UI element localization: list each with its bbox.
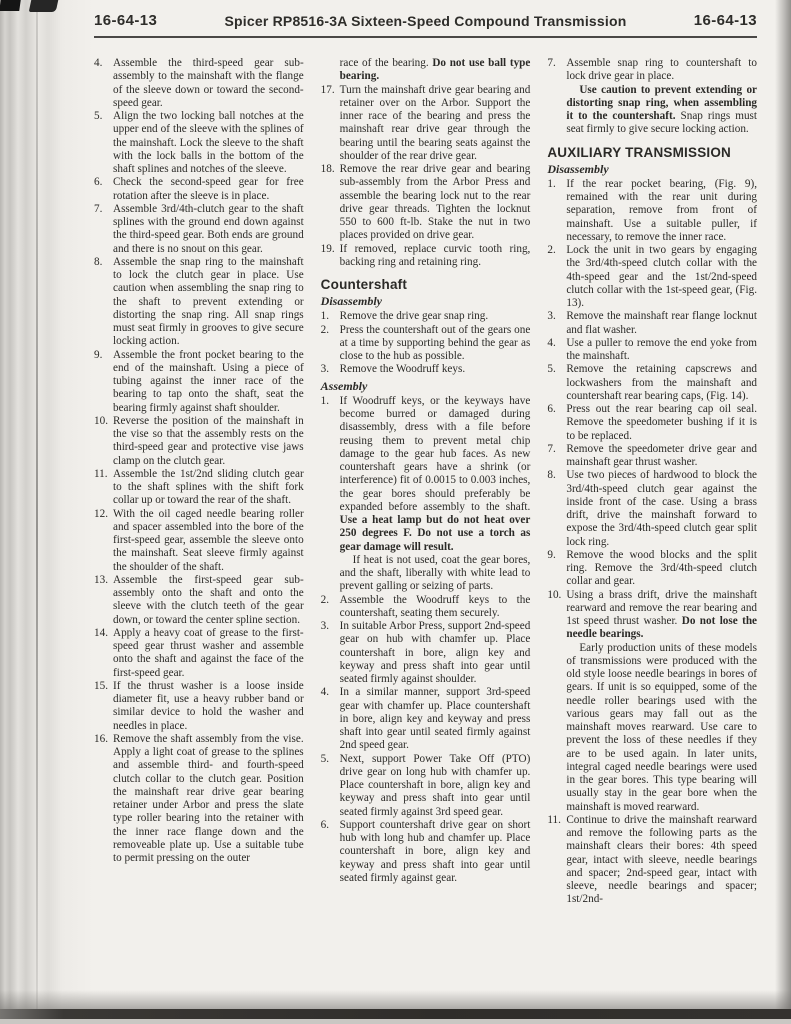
- subsection-heading: Disassembly: [321, 295, 531, 308]
- list-item: 11.Assemble the 1st/2nd sliding clutch g…: [94, 468, 304, 508]
- body-text: race of the bearing.: [340, 57, 433, 69]
- list-item: 5.Align the two locking ball notches at …: [94, 110, 304, 176]
- list-number: 6.: [321, 819, 340, 885]
- page-right-edge-shadow: [775, 0, 791, 1024]
- list-number: 1.: [321, 395, 340, 554]
- list-item: 4.Use a puller to remove the end yoke fr…: [547, 337, 757, 364]
- list-item: 10.Reverse the position of the mainshaft…: [94, 415, 304, 468]
- body-text: If Woodruff keys, or the keyways have be…: [340, 395, 531, 513]
- list-text: Assemble 3rd/4th-clutch gear to the shaf…: [113, 203, 304, 256]
- subsection-heading: Assembly: [321, 380, 531, 393]
- list-number: 14.: [94, 627, 113, 680]
- list-text: Turn the mainshaft drive gear bearing an…: [340, 84, 531, 164]
- list-text: Assemble the third-speed gear sub-assemb…: [113, 57, 304, 110]
- list-item: 18.Remove the rear drive gear and bearin…: [321, 163, 531, 243]
- list-number: 1.: [321, 310, 340, 323]
- list-text: Remove the mainshaft rear flange locknut…: [566, 310, 757, 337]
- list-number: 2.: [547, 244, 566, 310]
- body-text: Assemble the 1st/2nd sliding clutch gear…: [113, 468, 304, 507]
- list-text: Using a brass drift, drive the mainshaft…: [566, 589, 757, 642]
- body-text: Use a puller to remove the end yoke from…: [566, 337, 757, 362]
- body-text: Assemble the front pocket bearing to the…: [113, 349, 304, 414]
- list-text: Remove the rear drive gear and bearing s…: [340, 163, 531, 243]
- list-text: With the oil caged needle bearing roller…: [113, 508, 304, 574]
- body-text: Early production units of these models o…: [566, 642, 757, 813]
- body-text: Support countershaft drive gear on short…: [340, 819, 531, 884]
- list-item: 3.In suitable Arbor Press, support 2nd-s…: [321, 620, 531, 686]
- list-text: If removed, replace curvic tooth ring, b…: [340, 243, 531, 270]
- column-2: race of the bearing. Do not use ball typ…: [321, 57, 531, 907]
- body-text: Assemble the third-speed gear sub-assemb…: [113, 57, 304, 109]
- column-1: 4.Assemble the third-speed gear sub-asse…: [94, 57, 304, 907]
- list-text: Assemble the 1st/2nd sliding clutch gear…: [113, 468, 304, 508]
- body-text: Remove the retaining capscrews and lockw…: [566, 363, 757, 402]
- list-item: 9.Remove the wood blocks and the split r…: [547, 549, 757, 589]
- list-number: 4.: [547, 337, 566, 364]
- list-item: 12.With the oil caged needle bearing rol…: [94, 508, 304, 574]
- list-item: 2.Assemble the Woodruff keys to the coun…: [321, 594, 531, 621]
- list-text: Assemble the Woodruff keys to the counte…: [340, 594, 531, 621]
- list-number: 2.: [321, 324, 340, 364]
- list-text: Next, support Power Take Off (PTO) drive…: [340, 753, 531, 819]
- body-text: Continue to drive the mainshaft rearward…: [566, 814, 757, 906]
- bold-warning-text: Use a heat lamp but do not heat over 250…: [340, 514, 531, 553]
- list-text: Continue to drive the mainshaft rearward…: [566, 814, 757, 907]
- list-item: 1.If the rear pocket bearing, (Fig. 9), …: [547, 178, 757, 244]
- list-item: 3.Remove the Woodruff keys.: [321, 363, 531, 376]
- list-text: In a similar manner, support 3rd-speed g…: [340, 686, 531, 752]
- indented-paragraph: Use caution to prevent extending or dist…: [566, 84, 757, 137]
- list-text: Lock the unit in two gears by engaging t…: [566, 244, 757, 310]
- scanner-bottom-strip: [0, 1019, 791, 1024]
- list-item: 2.Press the countershaft out of the gear…: [321, 324, 531, 364]
- body-text: If the rear pocket bearing, (Fig. 9), re…: [566, 178, 757, 243]
- list-number: 5.: [321, 753, 340, 819]
- body-text: Assemble the first-speed gear sub-assemb…: [113, 574, 304, 626]
- list-text: Press out the rear bearing cap oil seal.…: [566, 403, 757, 443]
- body-text: With the oil caged needle bearing roller…: [113, 508, 304, 573]
- list-number: 10.: [94, 415, 113, 468]
- list-number: 12.: [94, 508, 113, 574]
- body-text: Reverse the position of the mainshaft in…: [113, 415, 304, 467]
- body-text: Turn the mainshaft drive gear bearing an…: [340, 84, 531, 162]
- list-item: 11.Continue to drive the mainshaft rearw…: [547, 814, 757, 907]
- page-number-left: 16-64-13: [94, 12, 157, 29]
- list-item: 10.Using a brass drift, drive the mainsh…: [547, 589, 757, 642]
- list-text: Apply a heavy coat of grease to the firs…: [113, 627, 304, 680]
- list-item: 4.Assemble the third-speed gear sub-asse…: [94, 57, 304, 110]
- list-item: 6.Press out the rear bearing cap oil sea…: [547, 403, 757, 443]
- list-item: 14.Apply a heavy coat of grease to the f…: [94, 627, 304, 680]
- body-text: Remove the shaft assembly from the vise.…: [113, 733, 304, 864]
- list-number: 16.: [94, 733, 113, 866]
- list-text: Assemble snap ring to countershaft to lo…: [566, 57, 757, 84]
- list-number: 3.: [321, 620, 340, 686]
- body-text: In suitable Arbor Press, support 2nd-spe…: [340, 620, 531, 685]
- column-3: 7.Assemble snap ring to countershaft to …: [547, 57, 757, 907]
- list-text: Remove the Woodruff keys.: [340, 363, 531, 376]
- list-number: 18.: [321, 163, 340, 243]
- body-text: Remove the mainshaft rear flange locknut…: [566, 310, 757, 335]
- page-number-right: 16-64-13: [694, 12, 757, 29]
- list-number: 11.: [94, 468, 113, 508]
- list-text: Check the second-speed gear for free rot…: [113, 176, 304, 203]
- list-number: 15.: [94, 680, 113, 733]
- list-number: 10.: [547, 589, 566, 642]
- list-item: 17.Turn the mainshaft drive gear bearing…: [321, 84, 531, 164]
- list-number: 3.: [321, 363, 340, 376]
- body-text: If the thrust washer is a loose inside d…: [113, 680, 304, 732]
- list-item: 15.If the thrust washer is a loose insid…: [94, 680, 304, 733]
- list-number: 1.: [547, 178, 566, 244]
- list-text: Press the countershaft out of the gears …: [340, 324, 531, 364]
- list-item: 13.Assemble the first-speed gear sub-ass…: [94, 574, 304, 627]
- body-text: Assemble the snap ring to the mainshaft …: [113, 256, 304, 348]
- list-text: Assemble the snap ring to the mainshaft …: [113, 256, 304, 349]
- scan-corner-mark: [0, 0, 21, 11]
- list-text: Use two pieces of hardwood to block the …: [566, 469, 757, 549]
- list-item: 19.If removed, replace curvic tooth ring…: [321, 243, 531, 270]
- subsection-heading: Disassembly: [547, 163, 757, 176]
- list-text: Reverse the position of the mainshaft in…: [113, 415, 304, 468]
- body-text: Lock the unit in two gears by engaging t…: [566, 244, 757, 309]
- body-text: Press out the rear bearing cap oil seal.…: [566, 403, 757, 442]
- list-number: 11.: [547, 814, 566, 907]
- book-binding-edge: [0, 0, 94, 1024]
- page-bottom-fade: [0, 990, 791, 1010]
- list-number: 7.: [547, 443, 566, 470]
- body-text: Assemble snap ring to countershaft to lo…: [566, 57, 757, 82]
- body-text: Align the two locking ball notches at th…: [113, 110, 304, 175]
- indented-paragraph: Early production units of these models o…: [566, 642, 757, 814]
- list-number: 6.: [547, 403, 566, 443]
- list-text: Support countershaft drive gear on short…: [340, 819, 531, 885]
- body-text: Press the countershaft out of the gears …: [340, 324, 531, 363]
- page-bottom-edge-band: [0, 1009, 791, 1019]
- list-number: 5.: [547, 363, 566, 403]
- body-text: Assemble the Woodruff keys to the counte…: [340, 594, 531, 619]
- list-number: 4.: [321, 686, 340, 752]
- list-item: 7.Assemble snap ring to countershaft to …: [547, 57, 757, 84]
- indented-paragraph: If heat is not used, coat the gear bores…: [340, 554, 531, 594]
- list-number: 19.: [321, 243, 340, 270]
- list-number: 8.: [94, 256, 113, 349]
- list-number: 8.: [547, 469, 566, 549]
- scan-corner-mark-2: [29, 0, 59, 12]
- list-text: Assemble the front pocket bearing to the…: [113, 349, 304, 415]
- body-text: Apply a heavy coat of grease to the firs…: [113, 627, 304, 679]
- list-item: 8.Use two pieces of hardwood to block th…: [547, 469, 757, 549]
- body-text: Check the second-speed gear for free rot…: [113, 176, 304, 201]
- list-text: Assemble the first-speed gear sub-assemb…: [113, 574, 304, 627]
- list-number: 7.: [94, 203, 113, 256]
- body-text: In a similar manner, support 3rd-speed g…: [340, 686, 531, 751]
- list-text: If the thrust washer is a loose inside d…: [113, 680, 304, 733]
- body-text: Assemble 3rd/4th-clutch gear to the shaf…: [113, 203, 304, 255]
- list-text: Use a puller to remove the end yoke from…: [566, 337, 757, 364]
- body-text: Remove the drive gear snap ring.: [340, 310, 489, 322]
- list-text: If Woodruff keys, or the keyways have be…: [340, 395, 531, 554]
- list-text: Align the two locking ball notches at th…: [113, 110, 304, 176]
- list-text: Remove the shaft assembly from the vise.…: [113, 733, 304, 866]
- list-number: 9.: [547, 549, 566, 589]
- list-item: 7.Remove the speedometer drive gear and …: [547, 443, 757, 470]
- list-number: 3.: [547, 310, 566, 337]
- list-item: 6.Support countershaft drive gear on sho…: [321, 819, 531, 885]
- list-item: 3.Remove the mainshaft rear flange lockn…: [547, 310, 757, 337]
- body-text: Remove the Woodruff keys.: [340, 363, 465, 375]
- list-text: Remove the retaining capscrews and lockw…: [566, 363, 757, 403]
- binding-crease: [36, 0, 38, 1024]
- list-item: 1.Remove the drive gear snap ring.: [321, 310, 531, 323]
- list-text: In suitable Arbor Press, support 2nd-spe…: [340, 620, 531, 686]
- body-text: Remove the wood blocks and the split rin…: [566, 549, 757, 588]
- list-item: 6.Check the second-speed gear for free r…: [94, 176, 304, 203]
- list-text: Remove the wood blocks and the split rin…: [566, 549, 757, 589]
- list-item: 16.Remove the shaft assembly from the vi…: [94, 733, 304, 866]
- list-text: Remove the speedometer drive gear and ma…: [566, 443, 757, 470]
- body-text: Use two pieces of hardwood to block the …: [566, 469, 757, 547]
- body-text: Remove the speedometer drive gear and ma…: [566, 443, 757, 468]
- list-item: 7.Assemble 3rd/4th-clutch gear to the sh…: [94, 203, 304, 256]
- list-number: 7.: [547, 57, 566, 84]
- body-text: If removed, replace curvic tooth ring, b…: [340, 243, 531, 268]
- continued-paragraph: race of the bearing. Do not use ball typ…: [340, 57, 531, 84]
- list-number: 17.: [321, 84, 340, 164]
- list-text: If the rear pocket bearing, (Fig. 9), re…: [566, 178, 757, 244]
- list-item: 1.If Woodruff keys, or the keyways have …: [321, 395, 531, 554]
- list-item: 2.Lock the unit in two gears by engaging…: [547, 244, 757, 310]
- section-heading: AUXILIARY TRANSMISSION: [547, 145, 757, 160]
- section-heading: Countershaft: [321, 277, 531, 292]
- manual-page: { "page": { "header": { "left": "16-64-1…: [0, 0, 791, 1024]
- list-item: 4.In a similar manner, support 3rd-speed…: [321, 686, 531, 752]
- page-header: 16-64-13 Spicer RP8516-3A Sixteen-Speed …: [94, 12, 757, 38]
- body-text: If heat is not used, coat the gear bores…: [340, 554, 531, 593]
- list-text: Remove the drive gear snap ring.: [340, 310, 531, 323]
- list-number: 13.: [94, 574, 113, 627]
- list-item: 8.Assemble the snap ring to the mainshaf…: [94, 256, 304, 349]
- list-item: 5.Next, support Power Take Off (PTO) dri…: [321, 753, 531, 819]
- list-item: 5.Remove the retaining capscrews and loc…: [547, 363, 757, 403]
- page-title: Spicer RP8516-3A Sixteen-Speed Compound …: [225, 13, 627, 29]
- body-text: Remove the rear drive gear and bearing s…: [340, 163, 531, 241]
- body-text: Next, support Power Take Off (PTO) drive…: [340, 753, 531, 818]
- list-item: 9.Assemble the front pocket bearing to t…: [94, 349, 304, 415]
- list-number: 4.: [94, 57, 113, 110]
- list-number: 6.: [94, 176, 113, 203]
- list-number: 5.: [94, 110, 113, 176]
- list-number: 9.: [94, 349, 113, 415]
- list-number: 2.: [321, 594, 340, 621]
- text-columns: 4.Assemble the third-speed gear sub-asse…: [94, 57, 757, 907]
